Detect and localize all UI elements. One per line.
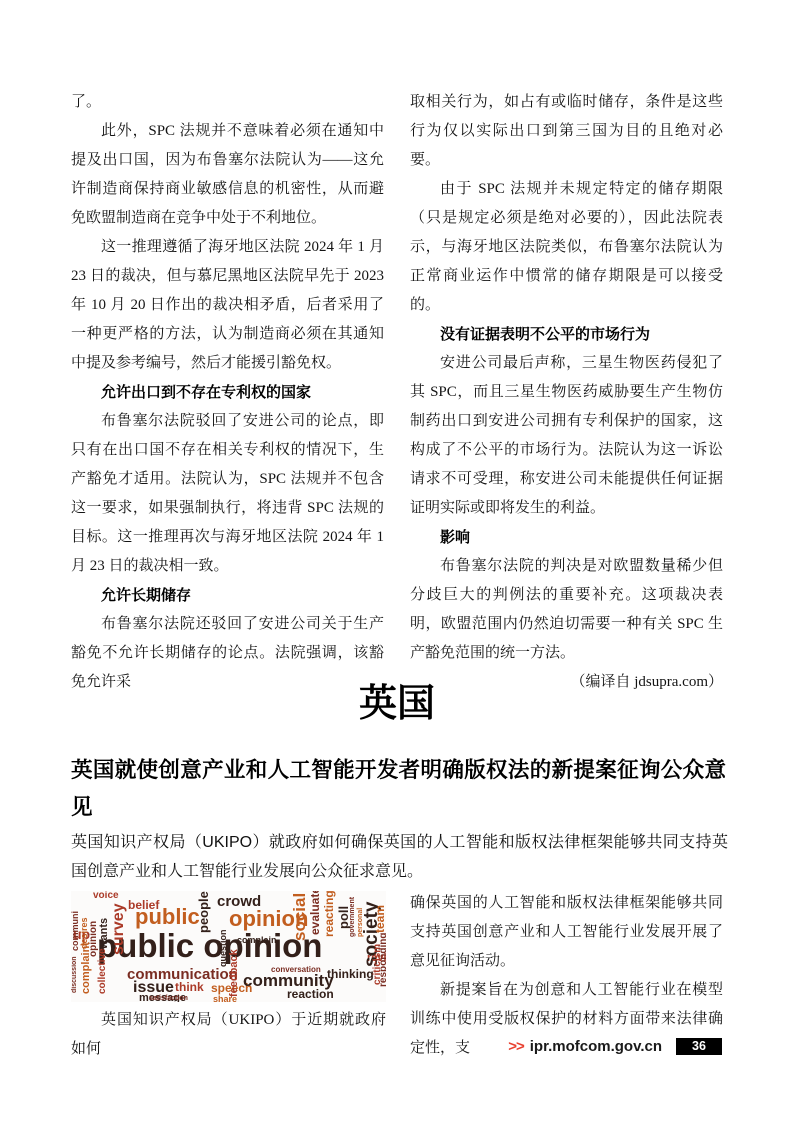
wordcloud-word: people (197, 891, 210, 933)
page-number-badge: 36 (676, 1038, 722, 1055)
wordcloud-word: conversation (271, 966, 321, 974)
wordcloud-word: reacting (323, 891, 335, 937)
wordcloud-word: wants (99, 918, 110, 949)
story2-column-right: 确保英国的人工智能和版权法律框架能够共同支持英国创意产业和人工智能行业发展开展了… (410, 889, 723, 1063)
wordcloud-word: team (374, 905, 386, 933)
wordcloud-word: evaluate (309, 891, 321, 935)
wordcloud-word: question (219, 930, 228, 968)
footer-url: ipr.mofcom.gov.cn (530, 1038, 662, 1055)
subheading: 允许长期储存 (71, 581, 384, 610)
paragraph: 确保英国的人工智能和版权法律框架能够共同支持英国创意产业和人工智能行业发展开展了… (410, 889, 723, 976)
wordcloud-word: government (349, 897, 356, 937)
story1-column-left: 了。此外，SPC 法规并不意味着必须在通知中提及出口国，因为布鲁塞尔法院认为——… (71, 88, 384, 697)
public-opinion-wordcloud-image: public opinionpublicopinioncrowdbeliefvo… (71, 891, 386, 1002)
section-heading-uk: 英国 (0, 678, 794, 730)
double-chevron-icon: >> (508, 1038, 524, 1055)
wordcloud-word: social (291, 893, 308, 941)
wordcloud-word: thinking (327, 968, 374, 980)
paragraph: 安进公司最后声称，三星生物医药侵犯了其 SPC，而且三星生物医药威胁要生产生物仿… (410, 349, 723, 523)
wordcloud-word: responding (379, 933, 386, 987)
wordcloud-word: feedback (229, 949, 240, 997)
wordcloud-word: complain (237, 936, 277, 945)
story1-column-right: 取相关行为，如占有或临时储存，条件是这些行为仅以实际出口到第三国为目的且绝对必要… (410, 88, 723, 697)
subheading: 影响 (410, 523, 723, 552)
document-page: 了。此外，SPC 法规并不意味着必须在通知中提及出口国，因为布鲁塞尔法院认为——… (0, 0, 794, 1123)
wordcloud-word: survey (111, 903, 127, 955)
wordcloud-word: complaint (81, 942, 92, 994)
paragraph: 此外，SPC 法规并不意味着必须在通知中提及出口国，因为布鲁塞尔法院认为——这允… (71, 117, 384, 233)
paragraph: 布鲁塞尔法院驳回了安进公司的论点，即只有在出口国不存在相关专利权的情况下，生产豁… (71, 407, 384, 581)
wordcloud-word: belief (128, 899, 159, 911)
wordcloud-word: communi (71, 911, 80, 951)
article-standfirst: 英国知识产权局（UKIPO）就政府如何确保英国的人工智能和版权法律框架能够共同支… (71, 828, 728, 886)
wordcloud-word: crowd (217, 894, 261, 909)
subheading: 允许出口到不存在专利权的国家 (71, 378, 384, 407)
wordcloud-word: collective (98, 948, 108, 994)
wordcloud-word: voice (93, 891, 119, 901)
subheading: 没有证据表明不公平的市场行为 (410, 320, 723, 349)
page-footer: >> ipr.mofcom.gov.cn 36 (508, 1038, 722, 1055)
paragraph: 布鲁塞尔法院的判决是对欧盟数量稀少但分歧巨大的判例法的重要补充。这项裁决表明，欧… (410, 552, 723, 668)
paragraph: 取相关行为，如占有或临时储存，条件是这些行为仅以实际出口到第三国为目的且绝对必要… (410, 88, 723, 175)
paragraph: 由于 SPC 法规并未规定特定的储存期限（只是规定必须是绝对必要的），因此法院表… (410, 175, 723, 320)
wordcloud-word: reaction (287, 988, 334, 1000)
paragraph: 这一推理遵循了海牙地区法院 2024 年 1 月 23 日的裁决，但与慕尼黑地区… (71, 233, 384, 378)
wordcloud-word: public opinion (97, 929, 322, 962)
wordcloud-word: satisfaction (149, 995, 188, 1002)
article-title: 英国就使创意产业和人工智能开发者明确版权法的新提案征询公众意见 (71, 752, 726, 826)
wordcloud-word: discussion (71, 956, 78, 993)
paragraph: 英国知识产权局（UKIPO）于近期就政府如何 (71, 1006, 386, 1064)
paragraph: 了。 (71, 88, 384, 117)
